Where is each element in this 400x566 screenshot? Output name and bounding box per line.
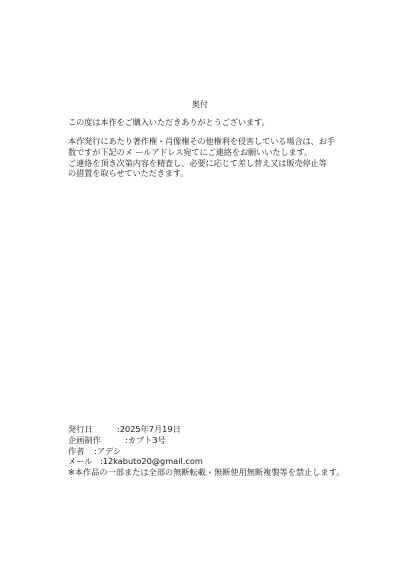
email-row: メール :12kabuto20@gmail.com	[68, 456, 348, 467]
body-line: の措置を取らせていただきます。	[68, 168, 348, 179]
email-label: メール	[68, 456, 100, 467]
body-line: 数ですが下記のメ ールアドレス宛てにご連絡をお願いいたします。	[68, 147, 348, 158]
page-title: 奥付	[0, 99, 400, 110]
author-label: 作者	[68, 446, 94, 457]
author-value: :アデシ	[94, 446, 121, 457]
colophon-info: 発行日 :2025年7月19日 企画制作 :カブト3号 作者 :アデシ メール …	[68, 424, 348, 478]
publish-date-value: :2025年7月19日	[117, 424, 181, 435]
producer-value: :カブト3号	[125, 435, 166, 446]
rights-notice-paragraph: 本作発行にあたり著作権・肖像権その他権利を侵害している場合は、お手 数ですが下記…	[68, 136, 348, 179]
intro-line: この度は本作をご購入いただきありがとうございます。	[68, 117, 348, 128]
thank-you-message: この度は本作をご購入いただきありがとうございます。	[68, 117, 348, 128]
publish-date-row: 発行日 :2025年7月19日	[68, 424, 348, 435]
colophon-page: 奥付 この度は本作をご購入いただきありがとうございます。 本作発行にあたり著作権…	[0, 0, 400, 566]
email-value: :12kabuto20@gmail.com	[100, 456, 203, 467]
body-line: 本作発行にあたり著作権・肖像権その他権利を侵害している場合は、お手	[68, 136, 348, 147]
author-row: 作者 :アデシ	[68, 446, 348, 457]
publish-date-label: 発行日	[68, 424, 117, 435]
body-line: ご連絡を頂き次第内容を精査し、必要に応じて差し替え又は販売停止等	[68, 158, 348, 169]
producer-label: 企画制作	[68, 435, 125, 446]
producer-row: 企画制作 :カブト3号	[68, 435, 348, 446]
copyright-notice: ※本作品の一部または全部の無断転載・無断使用無断複製等を禁止します。	[68, 467, 348, 478]
